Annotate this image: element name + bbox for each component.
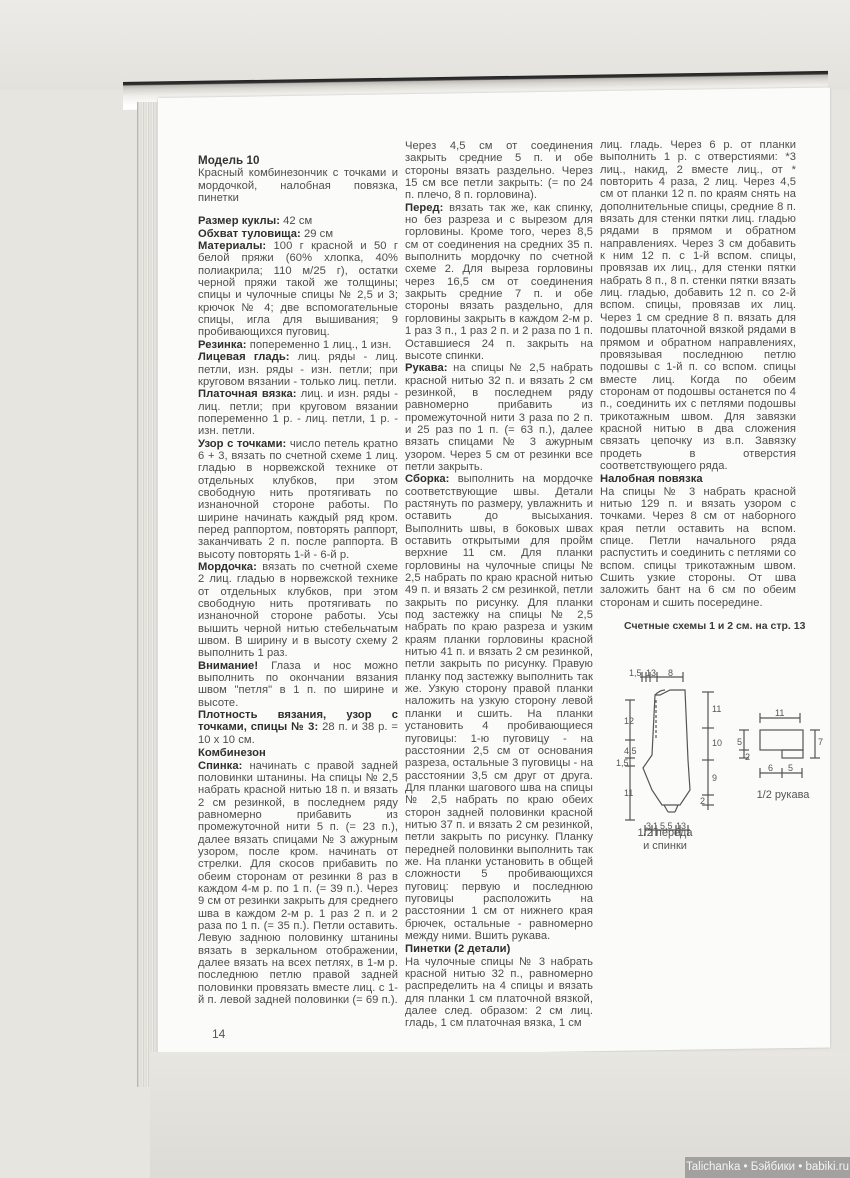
torso: Обхват туловища: 29 см	[198, 228, 398, 240]
sleeve-caption: 1/2 рукава	[748, 789, 818, 802]
section-booties: Пинетки (2 детали)	[405, 943, 593, 955]
watermark: Talichanka • Бэйбики • babiki.ru	[685, 1157, 850, 1178]
stockinette-stitch: Лицевая гладь: лиц. ряды - лиц. петли, и…	[198, 351, 398, 388]
back-instructions: Спинка: начинать с правой задней половин…	[198, 760, 398, 1007]
sleeves-instructions: Рукава: на спицы № 2,5 набрать красной н…	[405, 362, 593, 473]
booties-continued: лиц. гладь. Через 6 р. от планки выполни…	[600, 139, 796, 472]
text-column-3: лиц. гладь. Через 6 р. от планки выполни…	[600, 139, 796, 609]
rib-stitch: Резинка: попеременно 1 лиц., 1 изн.	[198, 339, 398, 351]
dots-pattern: Узор с точками: число петель кратно 6 + …	[198, 438, 398, 561]
model-title: Модель 10	[198, 155, 398, 167]
text-column-1: Модель 10 Красный комбинезончик с точкам…	[198, 155, 398, 1006]
back-continued: Через 4,5 см от соединения закрыть средн…	[405, 140, 593, 202]
gauge: Плотность вязания, узор с точками, спицы…	[198, 709, 398, 746]
booties-instructions: На чулочные спицы № 3 набрать красной ни…	[405, 956, 593, 1030]
front-back-caption: 1/2 переда и спинки	[625, 827, 705, 853]
assembly-instructions: Сборка: выполнить на мордочке соответств…	[405, 473, 593, 942]
headband-instructions: На спицы № 3 набрать красной нитью 129 п…	[600, 486, 796, 609]
front-instructions: Перед: вязать так же, как спинку, но без…	[405, 202, 593, 362]
section-jumpsuit: Комбинезон	[198, 747, 398, 759]
text-column-2: Через 4,5 см от соединения закрыть средн…	[405, 140, 593, 1030]
charts-reference: Счетные схемы 1 и 2 см. на стр. 13	[624, 620, 805, 632]
page-number: 14	[212, 1027, 225, 1041]
model-subtitle: Красный комбинезончик с точками и мордоч…	[198, 167, 398, 204]
doll-size: Размер куклы: 42 см	[198, 215, 398, 227]
garter-stitch: Платочная вязка: лиц. и изн. ряды - лиц.…	[198, 388, 398, 437]
attention-note: Внимание! Глаза и нос можно выполнить по…	[198, 660, 398, 709]
muzzle: Мордочка: вязать по счетной схеме 2 лиц.…	[198, 561, 398, 660]
section-headband: Налобная повязка	[600, 473, 796, 485]
materials: Материалы: 100 г красной и 50 г белой пр…	[198, 240, 398, 339]
